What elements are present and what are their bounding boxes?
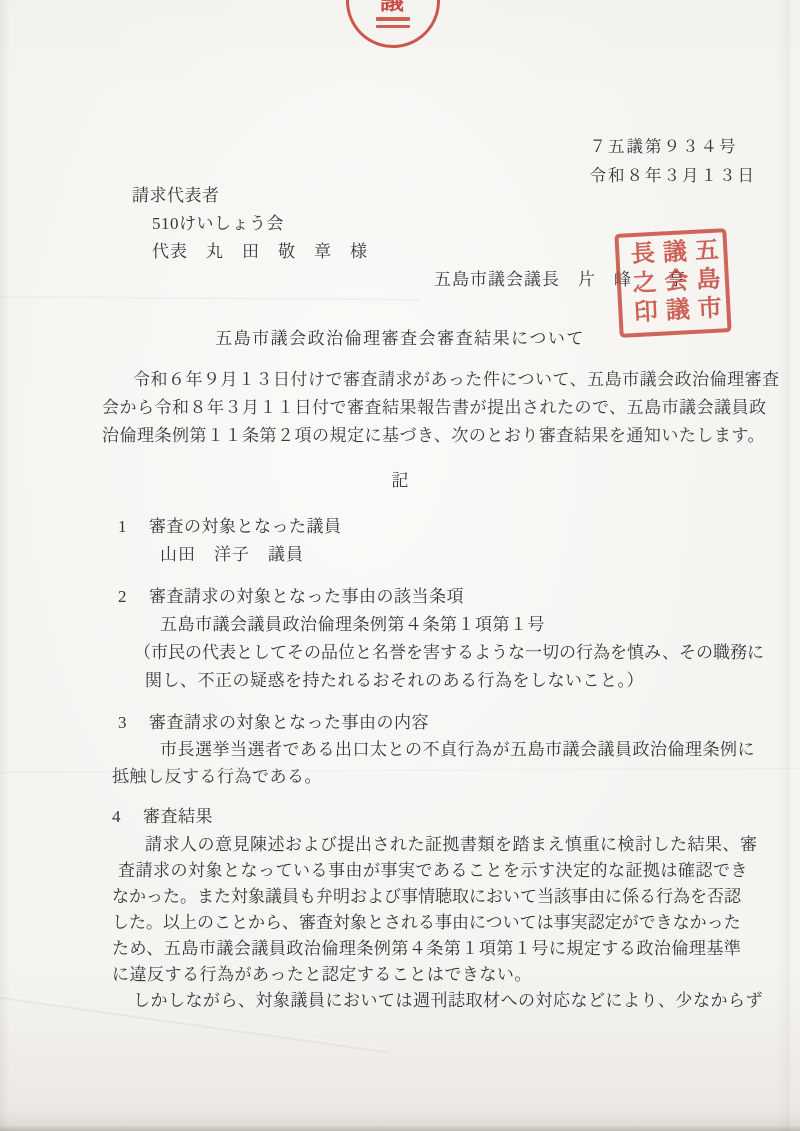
ki-marker: 記 [0,466,800,491]
issue-date: 令和８年３月１３日 [590,161,757,190]
section-2-heading: 2審査請求の対象となった事由の該当条項 [118,587,464,607]
section-2-line: （市民の代表としてその品位と名誉を害するような一切の行為を慎み、その職務に [134,643,764,663]
chairman-seal-text: 五島市議会議長之印 [623,237,723,330]
opening-line: 令和６年９月１３日付けで審査請求があった件について、五島市議会政治倫理審査 [133,370,780,390]
section-2-line: 関し、不正の疑惑を持たれるおそれのある行為をしないこと。） [145,671,644,691]
section-number: 4 [112,807,126,827]
opening-line: 会から令和８年３月１１日付で審査結果報告書が提出されたので、五島市議会議員政 [102,398,767,418]
section-4-line: 請求人の意見陳述および提出された証拠書類を踏まえ慎重に検討した結果、審 [145,835,758,855]
section-4-heading: 4審査結果 [112,807,213,827]
section-title: 審査の対象となった議員 [149,517,342,536]
recipient-representative: 代表 丸 田 敬 章 様 [152,242,368,262]
recipient-title: 請求代表者 [132,186,220,206]
reception-stamp-bar [376,25,410,29]
section-4-line: に違反する行為があったと認定することはできない。 [112,965,532,985]
section-4-line: なかった。また対象議員も弁明および事情聴取において当該事由に係る行為を否認 [112,887,741,907]
section-3-line: 市長選挙当選者である出口太との不貞行為が五島市議会議員政治倫理条例に [160,740,755,760]
document-meta: ７五議第９３４号 令和８年３月１３日 [590,132,757,190]
section-title: 審査請求の対象となった事由の該当条項 [149,587,464,606]
reception-stamp-glyph: 議 [380,0,406,13]
reception-stamp-bar [376,17,410,21]
section-2-line: 五島市議会議員政治倫理条例第４条第１項第１号 [160,615,545,635]
section-3-line: 抵触し反する行為である。 [112,767,322,787]
document-title: 五島市議会政治倫理審査会審査結果について [0,324,800,349]
section-number: 3 [118,713,132,733]
paper-crease [0,295,420,301]
section-1-heading: 1審査の対象となった議員 [118,517,342,537]
section-3-heading: 3審査請求の対象となった事由の内容 [118,713,429,733]
section-4-line: ため、五島市議会議員政治倫理条例第４条第１項第１号に規定する政治倫理基準 [112,939,741,959]
section-title: 審査結果 [143,807,213,826]
recipient-org: 510けいしょう会 [152,214,284,234]
document-number: ７五議第９３４号 [590,132,757,161]
section-4-line: 査請求の対象となっている事由が事実であることを示す決定的な証拠は確認でき [118,861,748,881]
section-number: 2 [118,587,132,607]
chairman-seal: 五島市議会議長之印 [614,228,731,338]
paper-crease [776,0,790,1131]
section-number: 1 [118,517,132,537]
reception-stamp: 議 [346,0,440,48]
scanned-document-page: 議 ７五議第９３４号 令和８年３月１３日 請求代表者 510けいしょう会 代表 … [0,0,800,1131]
section-4-line: しかしながら、対象議員においては週刊誌取材への対応などにより、少なからず [133,991,763,1011]
paper-crease [0,0,10,1131]
paper-edge-shadow [0,1125,800,1131]
opening-line: 治倫理条例第１１条第２項の規定に基づき、次のとおり審査結果を通知いたします。 [102,426,765,446]
section-4-line: した。以上のことから、審査対象とされる事由については事実認定ができなかった [112,913,741,933]
section-1-line: 山田 洋子 議員 [160,545,304,565]
section-title: 審査請求の対象となった事由の内容 [149,713,429,732]
